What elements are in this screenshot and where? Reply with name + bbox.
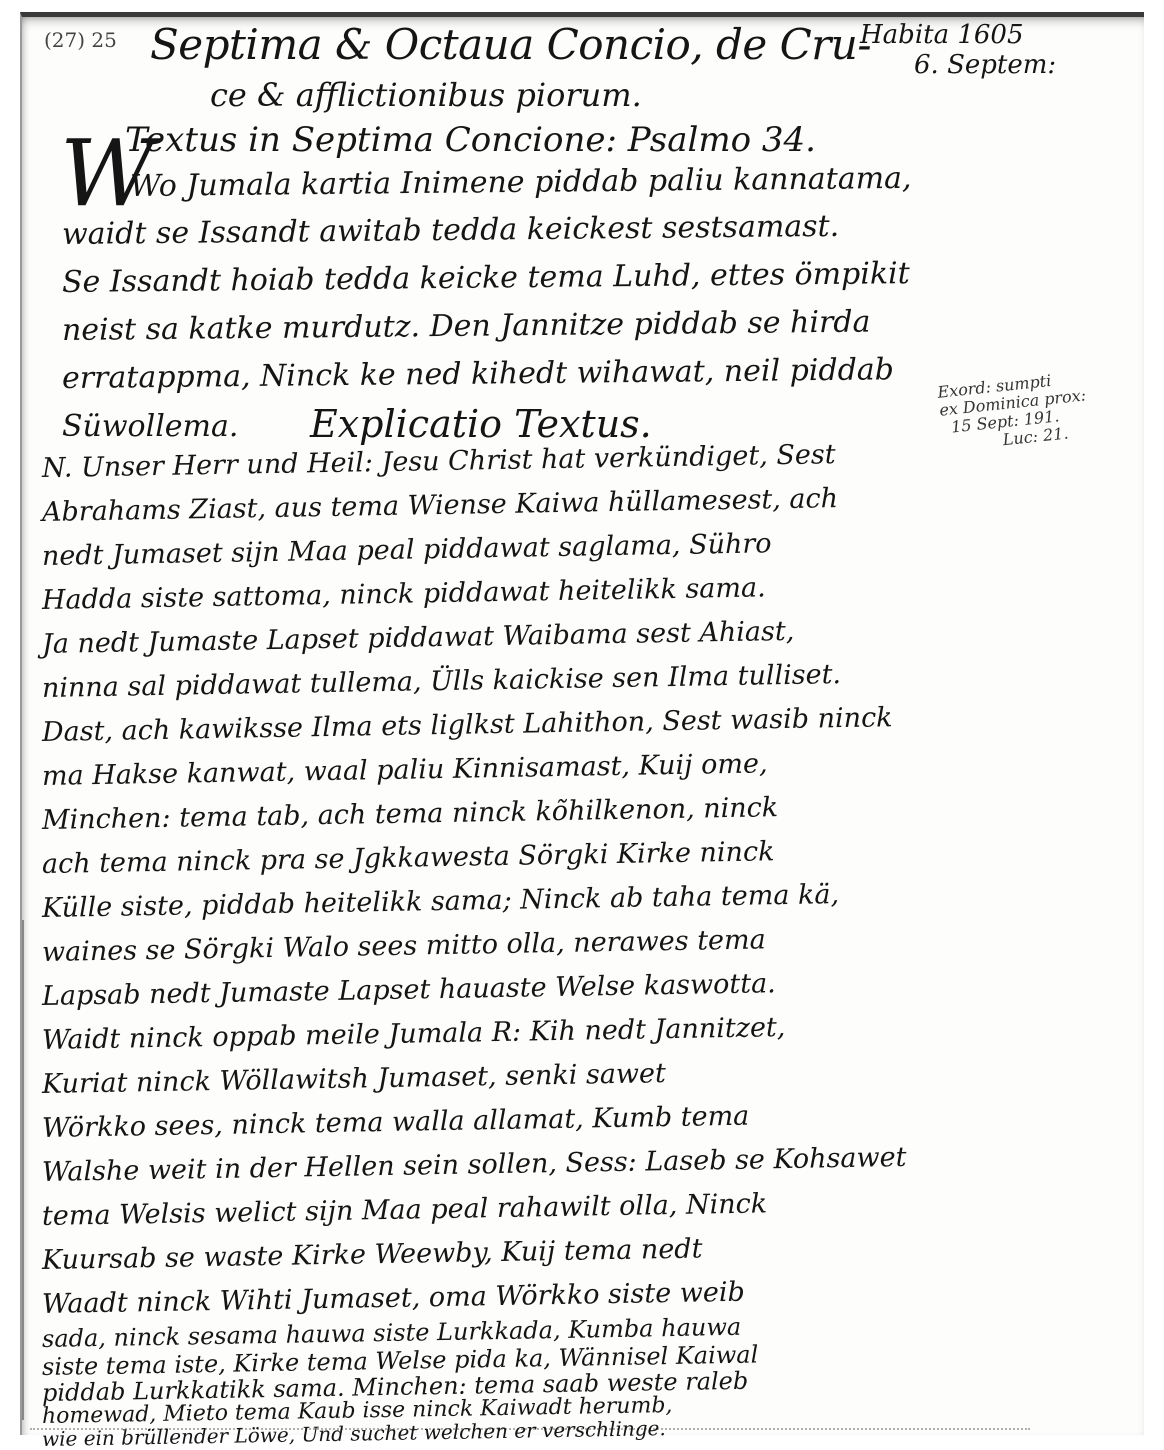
dating-note: Habita 1605 6. Septem: <box>860 20 1056 80</box>
folio-number: (27) 25 <box>44 28 117 52</box>
title-line-1: Septima & Octaua Concio, de Cru- <box>150 20 871 69</box>
left-margin-rule <box>22 920 24 1420</box>
psalm-line: Süwollema. <box>62 410 238 444</box>
dating-line-1: Habita 1605 <box>860 20 1056 50</box>
title-line-2: ce & afflictionibus piorum. <box>210 76 642 114</box>
dating-line-2: 6. Septem: <box>860 50 1056 80</box>
text-heading: Textus in Septima Concione: Psalmo 34. <box>125 120 816 160</box>
marginal-note: Exord: sumpti ex Dominica prox: 15 Sept:… <box>937 368 1091 455</box>
section-heading: Explicatio Textus. <box>310 402 652 446</box>
